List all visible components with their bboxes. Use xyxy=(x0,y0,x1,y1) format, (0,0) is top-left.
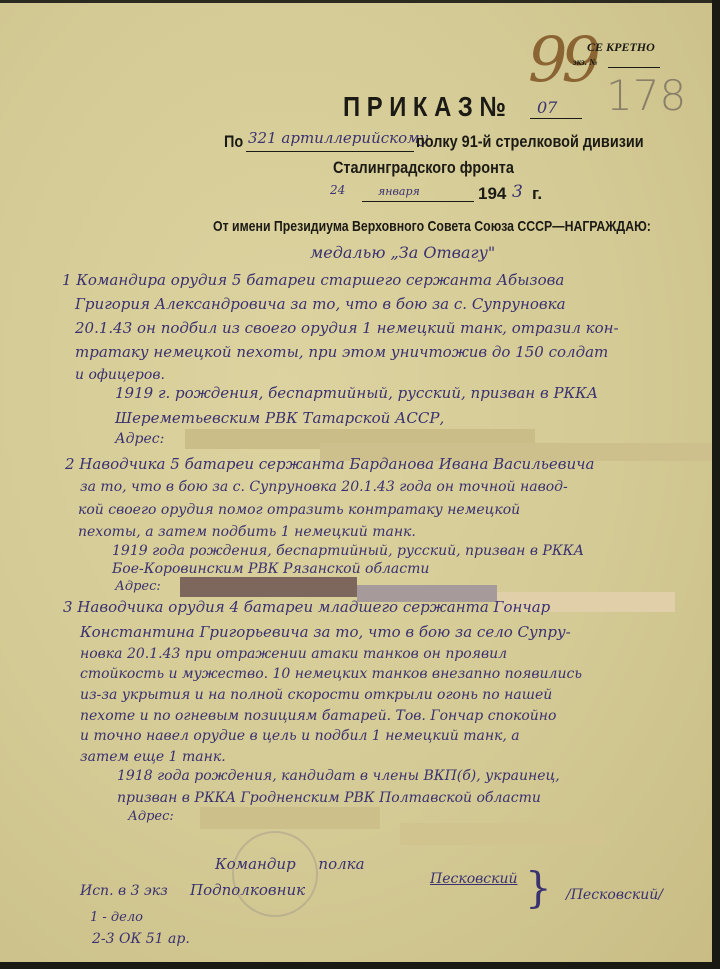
entry-1-line-5: и офицеров. xyxy=(75,367,165,383)
date-year-unit: г. xyxy=(532,184,542,204)
signature-bracket: } xyxy=(525,863,552,912)
entry-3-line-3: новка 20.1.43 при отражении атаки танков… xyxy=(80,646,507,662)
entry-2-bio-2: Бое-Коровинским РВК Рязанской области xyxy=(112,561,429,577)
entry-2-line-1: 2 Наводчика 5 батареи сержанта Барданова… xyxy=(65,455,594,473)
unit-line xyxy=(246,151,414,152)
copy-number-label: экз. № xyxy=(573,57,597,67)
classification-stamp: СЕ КРЕТНО xyxy=(587,40,655,55)
entry-2-bio-1: 1919 года рождения, беспартийный, русски… xyxy=(112,543,584,559)
entry-1-line-2: Григория Александровича за то, что в бою… xyxy=(75,295,566,313)
redaction-address-3a xyxy=(200,807,380,829)
entry-1-address-label: Адрес: xyxy=(115,431,164,447)
entry-3-line-7: и точно навел орудие в цель и подбил 1 н… xyxy=(80,728,520,744)
entry-1-line-4: тратаку немецкой пехоты, при этом уничто… xyxy=(75,343,608,361)
commander-title: Командир полка xyxy=(215,855,365,873)
document-page: 99 СЕ КРЕТНО экз. № 178 П Р И К А З № 07… xyxy=(0,0,712,962)
unit-prefix: По xyxy=(224,132,243,152)
entry-3-address-label: Адрес: xyxy=(128,809,174,824)
pencil-number: 178 xyxy=(606,71,686,120)
entry-3-line-2: Константина Григорьевича за то, что в бо… xyxy=(80,623,571,641)
entry-2-line-2: за то, что в бою за с. Супруновка 20.1.4… xyxy=(80,479,568,495)
award-name: медалью „За Отвагу" xyxy=(310,243,495,262)
front-name: Сталинградского фронта xyxy=(333,158,514,178)
entry-3-line-8: затем еще 1 танк. xyxy=(80,749,226,765)
entry-1-line-3: 20.1.43 он подбил из своего орудия 1 нем… xyxy=(75,319,619,337)
unit-printed: полку 91-й стрелковой дивизии xyxy=(416,132,644,152)
footer-note-file: 1 - дело xyxy=(90,910,143,925)
date-month: января xyxy=(378,185,420,198)
copy-number-line xyxy=(608,67,660,68)
entry-3-bio-1: 1918 года рождения, кандидат в члены ВКП… xyxy=(117,768,560,784)
entry-2-address-label: Адрес: xyxy=(115,579,161,594)
order-number: 07 xyxy=(537,98,557,117)
entry-3-line-1: 3 Наводчика орудия 4 батареи младшего се… xyxy=(63,598,550,616)
footer-note-copies: Исп. в 3 экз xyxy=(80,883,168,899)
footer-note-distribution: 2-3 ОК 51 ар. xyxy=(92,931,190,947)
signature-scrawl: Песковский xyxy=(430,871,518,887)
entry-3-line-6: пехоте и по огневым позициям батарей. То… xyxy=(80,708,556,724)
faded-stamp xyxy=(232,831,318,917)
entry-2-line-4: пехоты, а затем подбить 1 немецкий танк. xyxy=(78,524,416,540)
date-month-line xyxy=(362,201,474,202)
date-year-suffix: 3 xyxy=(512,182,523,202)
entry-1-bio-1: 1919 г. рождения, беспартийный, русский,… xyxy=(115,384,598,402)
order-number-line xyxy=(530,118,582,119)
date-day: 24 xyxy=(330,183,345,197)
unit-handwritten: 321 артиллерийскому xyxy=(248,129,428,147)
preamble: От имени Президиума Верховного Совета Со… xyxy=(213,218,651,235)
commander-name: /Песковский/ xyxy=(566,887,663,903)
redaction-address-2a xyxy=(180,577,357,597)
commander-rank: Подполковник xyxy=(190,881,305,899)
entry-2-line-3: кой своего орудия помог отразить контрат… xyxy=(78,502,520,518)
redaction-address-3b xyxy=(400,823,605,845)
entry-3-line-4: стойкость и мужество. 10 немецких танков… xyxy=(80,666,582,682)
date-year-prefix: 194 xyxy=(478,184,506,204)
entry-1-bio-2: Шереметьевским РВК Татарской АССР, xyxy=(115,409,444,427)
entry-3-line-5: из-за укрытия и на полной скорости откры… xyxy=(80,687,552,703)
entry-1-line-1: 1 Командира орудия 5 батареи старшего се… xyxy=(62,271,564,289)
order-title: П Р И К А З № xyxy=(343,91,506,123)
entry-3-bio-2: призван в РККА Гродненским РВК Полтавско… xyxy=(117,790,541,806)
